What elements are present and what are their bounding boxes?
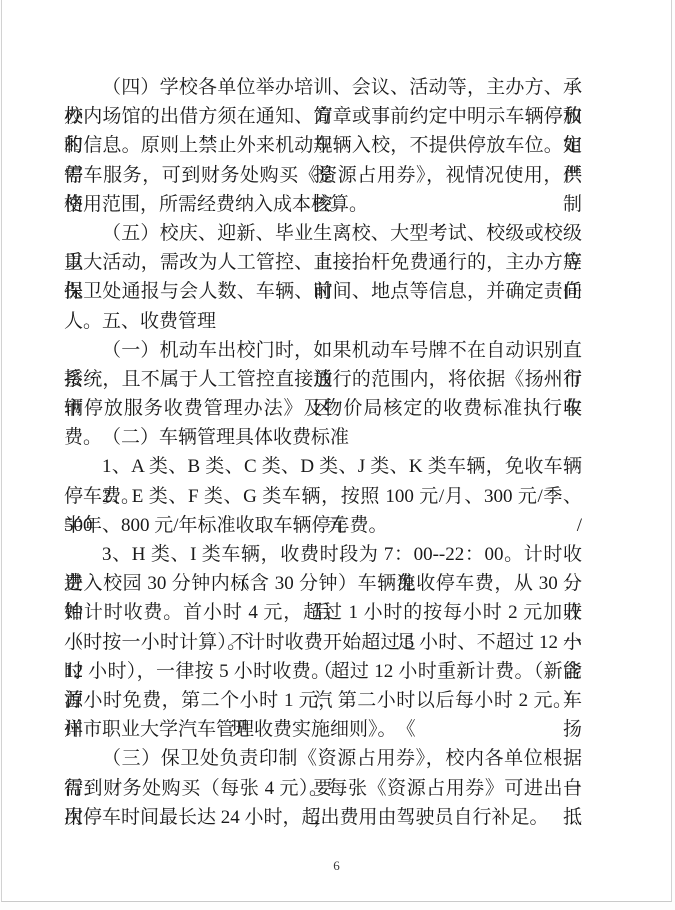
document-text: （四）学校各单位举办培训、会议、活动等，主办方、承办方和校内场馆的出借方须在通知… <box>64 73 582 832</box>
text-line: 1、A 类、B 类、C 类、D 类、J 类、K 类车辆，免收车辆停车费。 <box>64 452 582 481</box>
text-line: 和信息。原则上禁止外来机动车辆入校，不提供停放车位。如需提供 <box>64 131 582 160</box>
page-number: 6 <box>2 858 671 874</box>
text-line: 小时按一小时计算）。计时收费开始超过 5 小时、不超过 12 小时（含 <box>64 628 582 657</box>
text-line: 12 小时），一律按 5 小时收费。超过 12 小时重新计费。（新能源汽车 <box>64 657 582 686</box>
text-line: 保卫处通报与会人数、车辆、时间、地点等信息，并确定责任人。 <box>64 277 582 306</box>
text-line: 辆停放服务收费管理办法》及物价局核定的收费标准执行收费。 <box>64 394 582 423</box>
text-line: 五、收费管理 <box>64 307 582 336</box>
document-viewport: （四）学校各单位举办培训、会议、活动等，主办方、承办方和校内场馆的出借方须在通知… <box>0 0 675 910</box>
text-line: 停车服务，可到财务处购买《资源占用券》，视情况使用，严格控制 <box>64 161 582 190</box>
text-line: 校内场馆的出借方须在通知、简章或事前约定中明示车辆停放的规定 <box>64 102 582 131</box>
text-line: （四）学校各单位举办培训、会议、活动等，主办方、承办方和 <box>64 73 582 102</box>
text-line: 首小时免费，第二个小时 1 元，第二小时以后每小时 2 元。）详见《扬 <box>64 686 582 715</box>
text-line: 用停车时间最长达 24 小时，超出费用由驾驶员自行补足。 <box>64 803 582 832</box>
text-line: （三）保卫处负责印制《资源占用券》，校内各单位根据需要自 <box>64 744 582 773</box>
text-line: （五）校庆、迎新、毕业生离校、大型考试、校级或校级以上等 <box>64 219 582 248</box>
text-line: 进入校园 30 分钟内（含 30 分钟）车辆免收停车费，从 30 分钟后开 <box>64 569 582 598</box>
text-line: 始计时收费。首小时 4 元，超过 1 小时的按每小时 2 元加收（不足一 <box>64 598 582 627</box>
text-line: （二）车辆管理具体收费标准 <box>64 423 582 452</box>
text-line: （一）机动车出校门时，如果机动车号牌不在自动识别直接放行 <box>64 336 582 365</box>
text-line: 重大活动，需改为人工管控、直接抬杆免费通行的，主办方应提前向 <box>64 248 582 277</box>
text-line: 行到财务处购买（每张 4 元）。每张《资源占用券》可进出一次，抵 <box>64 774 582 803</box>
text-line: 系统，且不属于人工管控直接通行的范围内，将依据《扬州市市区车 <box>64 365 582 394</box>
text-line: 2、E 类、F 类、G 类车辆，按照 100 元/月、300 元/季、500 元… <box>64 482 582 511</box>
document-page: （四）学校各单位举办培训、会议、活动等，主办方、承办方和校内场馆的出借方须在通知… <box>1 0 672 902</box>
text-line: 3、H 类、I 类车辆，收费时段为 7：00--22：00。计时收费标准： <box>64 540 582 569</box>
